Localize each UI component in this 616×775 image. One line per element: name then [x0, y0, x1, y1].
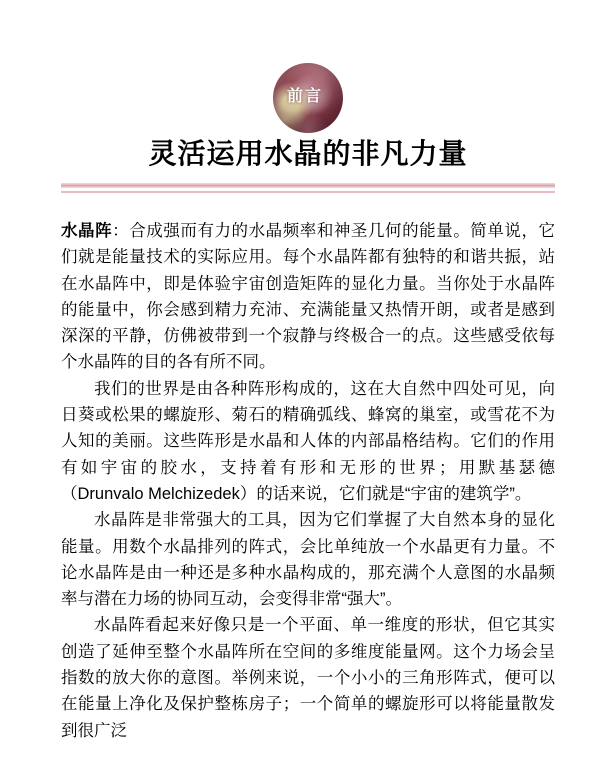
- paragraph: 我们的世界是由各种阵形构成的，这在大自然中四处可见，向日葵或松果的螺旋形、菊石的…: [61, 376, 555, 507]
- paragraph-text: ：合成强而有力的水晶频率和神圣几何的能量。简单说，它们就是能量技术的实际应用。每…: [61, 222, 555, 371]
- book-page: 前言 灵活运用水晶的非凡力量 水晶阵：合成强而有力的水晶频率和神圣几何的能量。简…: [0, 0, 616, 775]
- paragraph: 水晶阵看起来好像只是一个平面、单一维度的形状，但它其实创造了延伸至整个水晶阵所在…: [61, 612, 555, 743]
- mookaite-sphere-image: 前言: [273, 63, 343, 133]
- paragraph-lead: 水晶阵: [61, 222, 112, 240]
- paragraph-text: 水晶阵看起来好像只是一个平面、单一维度的形状，但它其实创造了延伸至整个水晶阵所在…: [61, 616, 555, 739]
- body-text: 水晶阵：合成强而有力的水晶频率和神圣几何的能量。简单说，它们就是能量技术的实际应…: [61, 218, 555, 744]
- preface-badge-wrap: 前言: [0, 0, 616, 133]
- paragraph-text: 水晶阵是非常强大的工具，因为它们掌握了大自然本身的显化能量。用数个水晶排列的阵式…: [61, 511, 555, 608]
- title-divider: [61, 183, 555, 193]
- preface-label: 前言: [287, 83, 323, 106]
- divider-thin-line: [61, 191, 555, 193]
- paragraph: 水晶阵是非常强大的工具，因为它们掌握了大自然本身的显化能量。用数个水晶排列的阵式…: [61, 507, 555, 612]
- paragraph: 水晶阵：合成强而有力的水晶频率和神圣几何的能量。简单说，它们就是能量技术的实际应…: [61, 218, 555, 376]
- paragraph-text: 我们的世界是由各种阵形构成的，这在大自然中四处可见，向日葵或松果的螺旋形、菊石的…: [61, 380, 555, 503]
- page-title: 灵活运用水晶的非凡力量: [0, 137, 616, 171]
